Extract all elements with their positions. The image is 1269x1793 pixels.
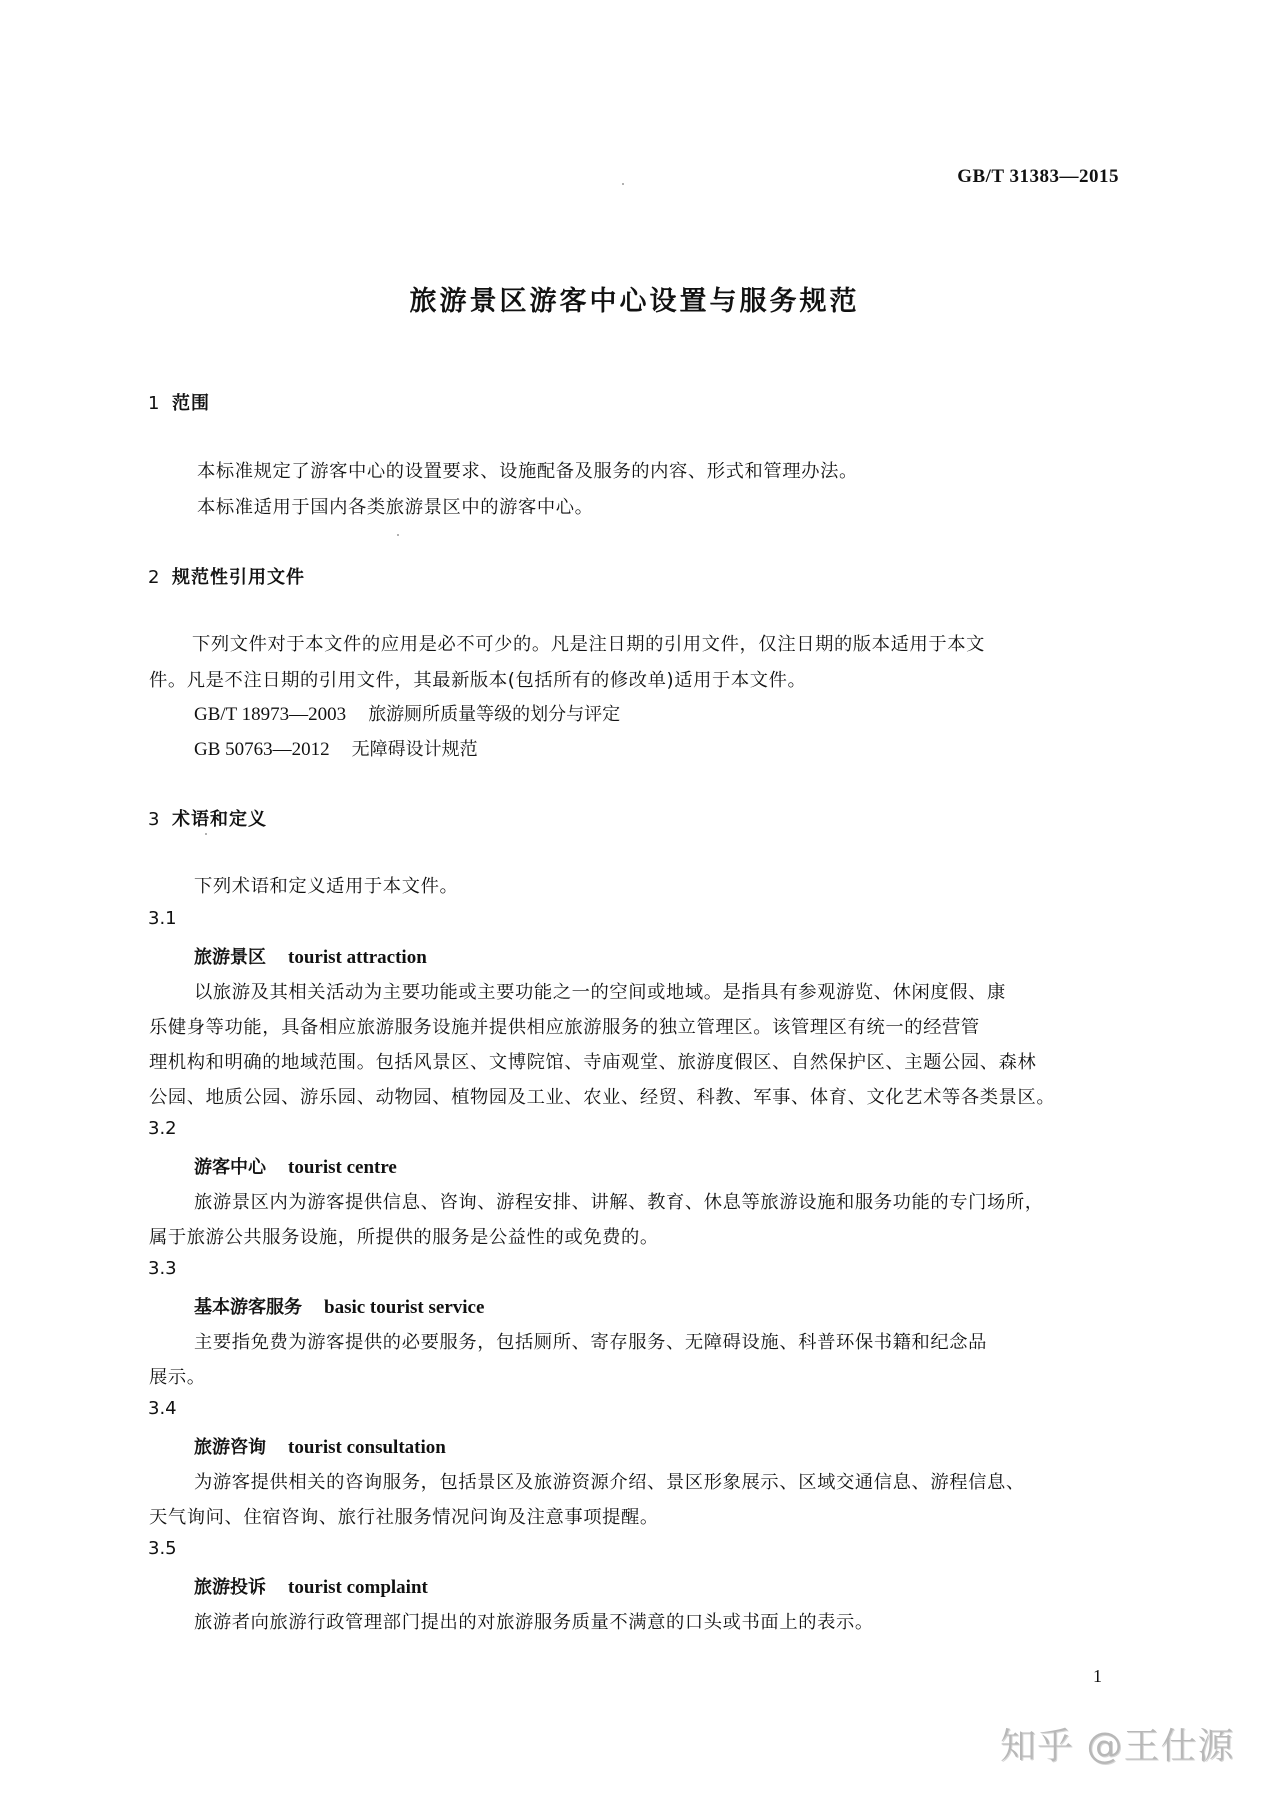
term-en: tourist attraction xyxy=(288,947,427,968)
page-number: 1 xyxy=(1093,1666,1102,1687)
term-en: tourist centre xyxy=(288,1157,397,1178)
section-2-paragraph-line-1: 下列文件对于本文件的应用是必不可少的。凡是注日期的引用文件，仅注日期的版本适用于… xyxy=(192,630,985,656)
term-zh: 旅游投诉 xyxy=(194,1577,266,1598)
term-heading: 旅游投诉tourist complaint xyxy=(194,1573,428,1599)
term-definition-line: 属于旅游公共服务设施，所提供的服务是公益性的或免费的。 xyxy=(149,1223,659,1249)
reference-item: GB/T 18973—2003旅游厕所质量等级的划分与评定 xyxy=(194,700,620,726)
section-title: 术语和定义 xyxy=(172,809,267,830)
scan-speck xyxy=(622,183,624,185)
section-1-paragraph-2: 本标准适用于国内各类旅游景区中的游客中心。 xyxy=(197,493,594,519)
term-zh: 旅游咨询 xyxy=(194,1437,266,1458)
term-definition-line: 乐健身等功能，具备相应旅游服务设施并提供相应旅游服务的独立管理区。该管理区有统一… xyxy=(149,1013,980,1039)
term-heading: 游客中心tourist centre xyxy=(194,1153,397,1179)
term-number: 3.5 xyxy=(148,1538,177,1559)
document-title: 旅游景区游客中心设置与服务规范 xyxy=(0,279,1269,318)
scan-speck xyxy=(397,534,399,536)
term-definition-line: 主要指免费为游客提供的必要服务，包括厕所、寄存服务、无障碍设施、科普环保书籍和纪… xyxy=(194,1328,987,1354)
term-definition-line: 以旅游及其相关活动为主要功能或主要功能之一的空间或地域。是指具有参观游览、休闲度… xyxy=(194,978,1006,1004)
term-number: 3.3 xyxy=(148,1258,177,1279)
term-zh: 基本游客服务 xyxy=(194,1297,302,1318)
term-zh: 游客中心 xyxy=(194,1157,266,1178)
term-heading: 旅游景区tourist attraction xyxy=(194,943,427,969)
term-definition-line: 旅游者向旅游行政管理部门提出的对旅游服务质量不满意的口头或书面上的表示。 xyxy=(194,1608,874,1634)
reference-title: 无障碍设计规范 xyxy=(352,739,478,760)
term-zh: 旅游景区 xyxy=(194,947,266,968)
term-definition-line: 展示。 xyxy=(149,1363,206,1389)
section-3-intro: 下列术语和定义适用于本文件。 xyxy=(194,872,458,898)
section-title: 范围 xyxy=(172,393,210,414)
term-en: basic tourist service xyxy=(324,1297,484,1318)
section-number: 3 xyxy=(148,809,172,830)
section-1-paragraph-1: 本标准规定了游客中心的设置要求、设施配备及服务的内容、形式和管理办法。 xyxy=(197,457,858,483)
reference-code: GB 50763—2012 xyxy=(194,739,330,761)
scan-speck xyxy=(205,833,207,835)
term-heading: 旅游咨询tourist consultation xyxy=(194,1433,446,1459)
term-definition-line: 理机构和明确的地域范围。包括风景区、文博院馆、寺庙观堂、旅游度假区、自然保护区、… xyxy=(149,1048,1036,1074)
reference-item: GB 50763—2012无障碍设计规范 xyxy=(194,735,478,761)
reference-title: 旅游厕所质量等级的划分与评定 xyxy=(368,704,620,725)
term-en: tourist complaint xyxy=(288,1577,428,1598)
term-definition-line: 公园、地质公园、游乐园、动物园、植物园及工业、农业、经贸、科教、军事、体育、文化… xyxy=(149,1083,1055,1109)
section-2-paragraph-line-2: 件。凡是不注日期的引用文件，其最新版本(包括所有的修改单)适用于本文件。 xyxy=(149,666,806,692)
section-1-heading: 1范围 xyxy=(148,389,210,415)
term-definition-line: 旅游景区内为游客提供信息、咨询、游程安排、讲解、教育、休息等旅游设施和服务功能的… xyxy=(194,1188,1044,1214)
document-page: GB/T 31383—2015 旅游景区游客中心设置与服务规范 1范围 本标准规… xyxy=(0,0,1269,1793)
watermark: 知乎 @王仕源 xyxy=(1000,1718,1234,1769)
term-number: 3.1 xyxy=(148,908,177,929)
section-3-heading: 3术语和定义 xyxy=(148,805,267,831)
section-number: 1 xyxy=(148,393,172,414)
term-heading: 基本游客服务basic tourist service xyxy=(194,1293,484,1319)
term-definition-line: 天气询问、住宿咨询、旅行社服务情况问询及注意事项提醒。 xyxy=(149,1503,659,1529)
reference-code: GB/T 18973—2003 xyxy=(194,704,346,726)
section-number: 2 xyxy=(148,567,172,588)
term-definition-line: 为游客提供相关的咨询服务，包括景区及旅游资源介绍、景区形象展示、区域交通信息、游… xyxy=(194,1468,1025,1494)
standard-number: GB/T 31383—2015 xyxy=(957,166,1119,188)
term-en: tourist consultation xyxy=(288,1437,446,1458)
section-2-heading: 2规范性引用文件 xyxy=(148,563,305,589)
term-number: 3.2 xyxy=(148,1118,177,1139)
term-number: 3.4 xyxy=(148,1398,177,1419)
section-title: 规范性引用文件 xyxy=(172,567,305,588)
